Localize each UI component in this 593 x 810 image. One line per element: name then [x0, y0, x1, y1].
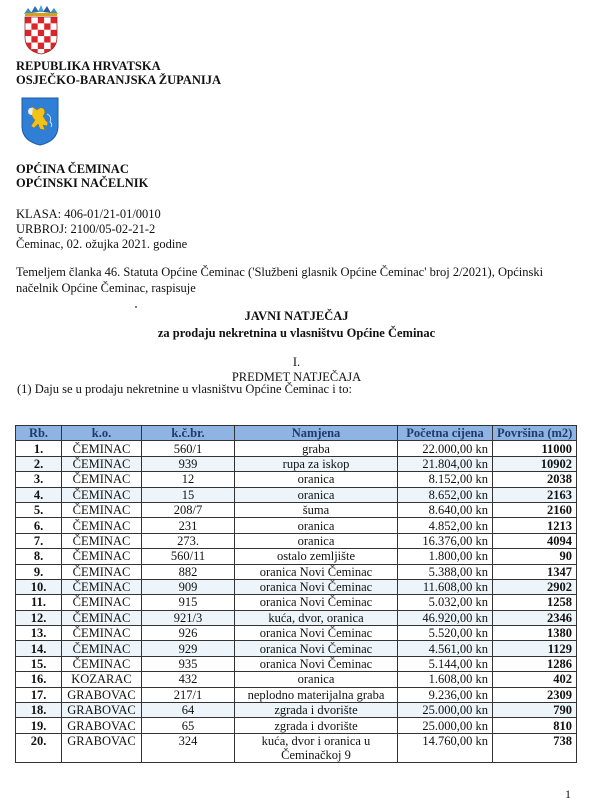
parcel-number: 909 [142, 579, 235, 594]
section-heading: I. PREDMET NATJEČAJA [0, 355, 593, 385]
area-m2: 1213 [493, 518, 577, 533]
cadastral-municipality: ČEMINAC [62, 502, 142, 517]
cadastral-municipality: ČEMINAC [62, 610, 142, 625]
cadastral-municipality: ČEMINAC [62, 487, 142, 502]
municipality-name: OPĆINA ČEMINAC [16, 162, 148, 176]
area-m2: 1129 [493, 641, 577, 656]
table-row: 18.GRABOVAC64zgrada i dvorište25.000,00 … [16, 703, 577, 718]
land-use: oranica [235, 672, 398, 687]
area-m2: 2902 [493, 579, 577, 594]
cadastral-municipality: GRABOVAC [62, 718, 142, 733]
land-use: oranica [235, 533, 398, 548]
starting-price: 25.000,00 kn [398, 703, 493, 718]
parcel-number: 939 [142, 456, 235, 471]
parcel-number: 560/1 [142, 441, 235, 456]
document-meta: KLASA: 406-01/21-01/0010 URBROJ: 2100/05… [16, 207, 187, 252]
table-row: 8.ČEMINAC560/11ostalo zemljište1.800,00 … [16, 549, 577, 564]
starting-price: 4.852,00 kn [398, 518, 493, 533]
starting-price: 46.920,00 kn [398, 610, 493, 625]
row-number: 2. [16, 456, 62, 471]
land-use: graba [235, 441, 398, 456]
table-row: 4.ČEMINAC15oranica8.652,00 kn2163 [16, 487, 577, 502]
col-header-povrsina: Površina (m2) [493, 426, 577, 441]
area-m2: 10902 [493, 456, 577, 471]
row-number: 12. [16, 610, 62, 625]
table-row: 11.ČEMINAC915oranica Novi Čeminac5.032,0… [16, 595, 577, 610]
area-m2: 2309 [493, 687, 577, 702]
land-use: neplodno materijalna graba [235, 687, 398, 702]
area-m2: 2163 [493, 487, 577, 502]
area-m2: 738 [493, 733, 577, 762]
table-row: 3.ČEMINAC12oranica8.152,00 kn2038 [16, 472, 577, 487]
starting-price: 5.032,00 kn [398, 595, 493, 610]
area-m2: 790 [493, 703, 577, 718]
date-place: Čeminac, 02. ožujka 2021. godine [16, 237, 187, 252]
area-m2: 1286 [493, 656, 577, 671]
table-row: 2.ČEMINAC939rupa za iskop21.804,00 kn109… [16, 456, 577, 471]
parcel-number: 560/11 [142, 549, 235, 564]
table-row: 7.ČEMINAC273.oranica16.376,00 kn4094 [16, 533, 577, 548]
row-number: 13. [16, 626, 62, 641]
row-number: 20. [16, 733, 62, 762]
title-main: JAVNI NATJEČAJ [0, 308, 593, 325]
cadastral-municipality: GRABOVAC [62, 703, 142, 718]
intro-paragraph: Temeljem članka 46. Statuta Općine Čemin… [16, 264, 586, 296]
area-m2: 1347 [493, 564, 577, 579]
land-use: ostalo zemljište [235, 549, 398, 564]
starting-price: 8.652,00 kn [398, 487, 493, 502]
land-use: oranica [235, 487, 398, 502]
parcel-number: 324 [142, 733, 235, 762]
starting-price: 5.520,00 kn [398, 626, 493, 641]
row-number: 8. [16, 549, 62, 564]
parcel-number: 12 [142, 472, 235, 487]
table-row: 14.ČEMINAC929oranica Novi Čeminac4.561,0… [16, 641, 577, 656]
table-row: 5.ČEMINAC208/7šuma8.640,00 kn2160 [16, 502, 577, 517]
area-m2: 90 [493, 549, 577, 564]
office-name: OPĆINSKI NAČELNIK [16, 176, 148, 190]
cadastral-municipality: ČEMINAC [62, 656, 142, 671]
table-row: 17.GRABOVAC217/1neplodno materijalna gra… [16, 687, 577, 702]
starting-price: 8.152,00 kn [398, 472, 493, 487]
starting-price: 25.000,00 kn [398, 718, 493, 733]
area-m2: 1258 [493, 595, 577, 610]
table-row: 6.ČEMINAC231oranica4.852,00 kn1213 [16, 518, 577, 533]
county-name: OSJEČKO-BARANJSKA ŽUPANIJA [16, 73, 221, 87]
row-number: 7. [16, 533, 62, 548]
cadastral-municipality: ČEMINAC [62, 564, 142, 579]
parcel-number: 935 [142, 656, 235, 671]
municipality-header: OPĆINA ČEMINAC OPĆINSKI NAČELNIK [16, 162, 148, 190]
starting-price: 22.000,00 kn [398, 441, 493, 456]
land-use: oranica Novi Čeminac [235, 564, 398, 579]
land-use: kuća, dvor i oranica u Čeminačkoj 9 [235, 733, 398, 762]
cadastral-municipality: ČEMINAC [62, 595, 142, 610]
cadastral-municipality: ČEMINAC [62, 518, 142, 533]
cadastral-municipality: ČEMINAC [62, 579, 142, 594]
cadastral-municipality: KOZARAC [62, 672, 142, 687]
table-row: 15.ČEMINAC935oranica Novi Čeminac5.144,0… [16, 656, 577, 671]
parcel-number: 15 [142, 487, 235, 502]
row-number: 15. [16, 656, 62, 671]
row-number: 18. [16, 703, 62, 718]
osijek-baranja-coat-of-arms-icon [19, 96, 61, 146]
starting-price: 8.640,00 kn [398, 502, 493, 517]
cadastral-municipality: ČEMINAC [62, 641, 142, 656]
table-row: 9.ČEMINAC882oranica Novi Čeminac5.388,00… [16, 564, 577, 579]
table-row: 10.ČEMINAC909oranica Novi Čeminac11.608,… [16, 579, 577, 594]
parcel-number: 921/3 [142, 610, 235, 625]
table-row: 1.ČEMINAC560/1graba22.000,00 kn11000 [16, 441, 577, 456]
land-use: zgrada i dvorište [235, 703, 398, 718]
table-row: 12.ČEMINAC921/3kuća, dvor, oranica46.920… [16, 610, 577, 625]
land-use: oranica Novi Čeminac [235, 656, 398, 671]
col-header-ko: k.o. [62, 426, 142, 441]
table-row: 16.KOZARAC432oranica1.608,00 kn402 [16, 672, 577, 687]
parcel-number: 882 [142, 564, 235, 579]
state-header: REPUBLIKA HRVATSKA OSJEČKO-BARANJSKA ŽUP… [16, 59, 221, 87]
table-body: 1.ČEMINAC560/1graba22.000,00 kn110002.ČE… [16, 441, 577, 762]
cadastral-municipality: ČEMINAC [62, 549, 142, 564]
land-use: kuća, dvor, oranica [235, 610, 398, 625]
table-row: 13.ČEMINAC926oranica Novi Čeminac5.520,0… [16, 626, 577, 641]
land-use: zgrada i dvorište [235, 718, 398, 733]
croatia-coat-of-arms-icon [20, 5, 62, 55]
table-header-row: Rb. k.o. k.č.br. Namjena Početna cijena … [16, 426, 577, 441]
row-number: 6. [16, 518, 62, 533]
starting-price: 1.800,00 kn [398, 549, 493, 564]
land-use: šuma [235, 502, 398, 517]
parcel-number: 64 [142, 703, 235, 718]
state-name: REPUBLIKA HRVATSKA [16, 59, 221, 73]
properties-table: Rb. k.o. k.č.br. Namjena Početna cijena … [15, 425, 577, 763]
row-number: 16. [16, 672, 62, 687]
row-number: 1. [16, 441, 62, 456]
area-m2: 810 [493, 718, 577, 733]
land-use: oranica Novi Čeminac [235, 626, 398, 641]
land-use: oranica Novi Čeminac [235, 595, 398, 610]
starting-price: 21.804,00 kn [398, 456, 493, 471]
land-use: oranica Novi Čeminac [235, 579, 398, 594]
table-row: 19.GRABOVAC65zgrada i dvorište25.000,00 … [16, 718, 577, 733]
row-number: 9. [16, 564, 62, 579]
row-number: 5. [16, 502, 62, 517]
parcel-number: 273. [142, 533, 235, 548]
starting-price: 9.236,00 kn [398, 687, 493, 702]
row-number: 10. [16, 579, 62, 594]
parcel-number: 929 [142, 641, 235, 656]
area-m2: 2038 [493, 472, 577, 487]
col-header-rb: Rb. [16, 426, 62, 441]
cadastral-municipality: GRABOVAC [62, 687, 142, 702]
cadastral-municipality: ČEMINAC [62, 533, 142, 548]
starting-price: 5.388,00 kn [398, 564, 493, 579]
document-title: JAVNI NATJEČAJ za prodaju nekretnina u v… [0, 308, 593, 342]
parcel-number: 915 [142, 595, 235, 610]
row-number: 17. [16, 687, 62, 702]
parcel-number: 432 [142, 672, 235, 687]
land-use: oranica [235, 472, 398, 487]
row-number: 4. [16, 487, 62, 502]
area-m2: 4094 [493, 533, 577, 548]
page-number: 1 [565, 787, 571, 802]
col-header-cijena: Početna cijena [398, 426, 493, 441]
cadastral-municipality: ČEMINAC [62, 441, 142, 456]
area-m2: 2160 [493, 502, 577, 517]
klasa: KLASA: 406-01/21-01/0010 [16, 207, 187, 222]
parcel-number: 208/7 [142, 502, 235, 517]
starting-price: 1.608,00 kn [398, 672, 493, 687]
parcel-number: 926 [142, 626, 235, 641]
urbroj: URBROJ: 2100/05-02-21-2 [16, 222, 187, 237]
parcel-number: 231 [142, 518, 235, 533]
col-header-kc: k.č.br. [142, 426, 235, 441]
starting-price: 16.376,00 kn [398, 533, 493, 548]
area-m2: 1380 [493, 626, 577, 641]
parcel-number: 65 [142, 718, 235, 733]
area-m2: 2346 [493, 610, 577, 625]
land-use: oranica [235, 518, 398, 533]
cadastral-municipality: ČEMINAC [62, 626, 142, 641]
land-use: rupa za iskop [235, 456, 398, 471]
area-m2: 402 [493, 672, 577, 687]
starting-price: 4.561,00 kn [398, 641, 493, 656]
col-header-namjena: Namjena [235, 426, 398, 441]
starting-price: 5.144,00 kn [398, 656, 493, 671]
starting-price: 11.608,00 kn [398, 579, 493, 594]
row-number: 3. [16, 472, 62, 487]
land-use: oranica Novi Čeminac [235, 641, 398, 656]
cadastral-municipality: GRABOVAC [62, 733, 142, 762]
starting-price: 14.760,00 kn [398, 733, 493, 762]
row-number: 11. [16, 595, 62, 610]
scan-speck [135, 306, 137, 308]
row-number: 14. [16, 641, 62, 656]
parcel-number: 217/1 [142, 687, 235, 702]
table-row: 20.GRABOVAC324kuća, dvor i oranica u Čem… [16, 733, 577, 762]
cadastral-municipality: ČEMINAC [62, 472, 142, 487]
area-m2: 11000 [493, 441, 577, 456]
section-number: I. [0, 355, 593, 370]
section-lead: (1) Daju se u prodaju nekretnine u vlasn… [17, 382, 352, 397]
cadastral-municipality: ČEMINAC [62, 456, 142, 471]
title-sub: za prodaju nekretnina u vlasništvu Općin… [0, 325, 593, 342]
row-number: 19. [16, 718, 62, 733]
